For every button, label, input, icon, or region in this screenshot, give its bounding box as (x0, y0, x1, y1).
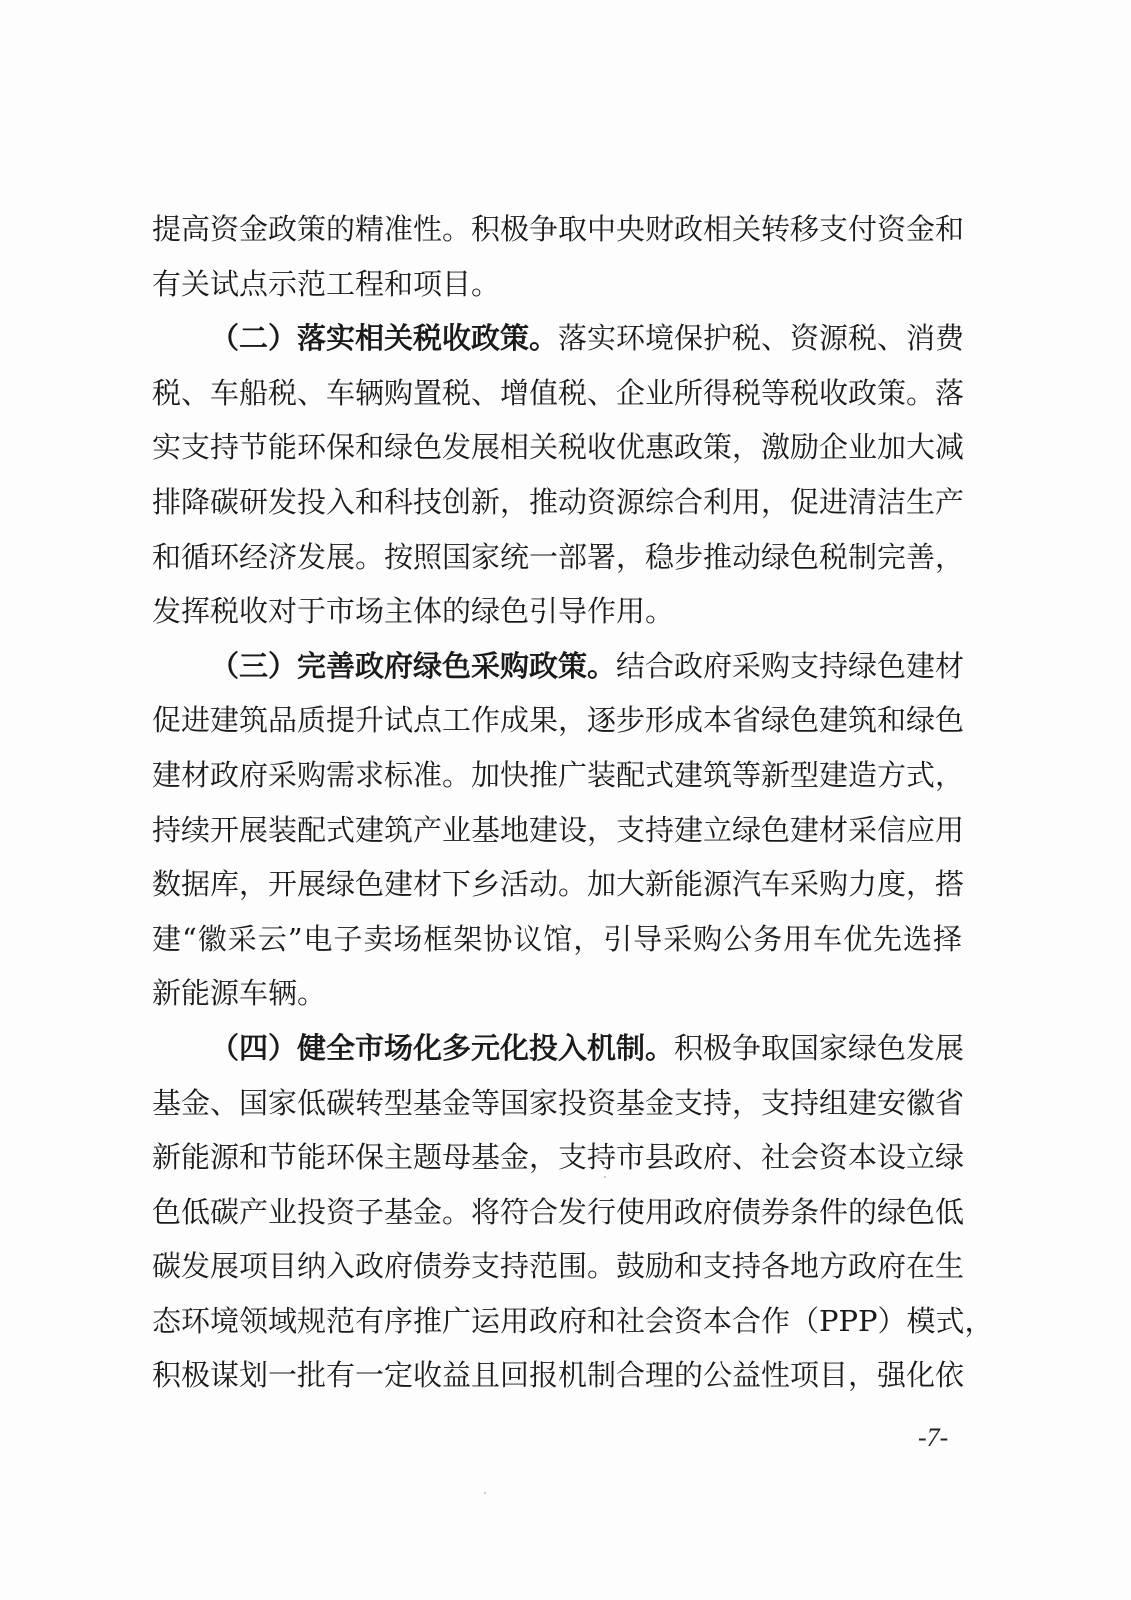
section-heading: （二）落实相关税收政策。 (210, 321, 558, 355)
page-number: -7- (918, 1423, 948, 1453)
text-line: 排降碳研发投入和科技创新，推动资源综合利用，促进清洁生产 (152, 475, 962, 530)
section-heading: （四）健全市场化多元化投入机制。 (210, 1031, 674, 1065)
text-line: 持续开展装配式建筑产业基地建设，支持建立绿色建材采信应用 (152, 803, 962, 858)
text-line: 色低碳产业投资子基金。将符合发行使用政府债券条件的绿色低 (152, 1185, 962, 1240)
text-line: 税、车船税、车辆购置税、增值税、企业所得税等税收政策。落 (152, 366, 962, 421)
text-line: 实支持节能环保和绿色发展相关税收优惠政策，激励企业加大减 (152, 420, 962, 475)
section-heading-line: （二）落实相关税收政策。落实环境保护税、资源税、消费 (152, 311, 962, 366)
document-body: 提高资金政策的精准性。积极争取中央财政相关转移支付资金和 有关试点示范工程和项目… (152, 202, 962, 1403)
text-line: 态环境领域规范有序推广运用政府和社会资本合作（PPP）模式， (152, 1294, 962, 1349)
text-span: 落实环境保护税、资源税、消费 (558, 321, 964, 355)
text-line: 新能源和节能环保主题母基金，支持市县政府、社会资本设立绿 (152, 1130, 962, 1185)
text-line: 碳发展项目纳入政府债券支持范围。鼓励和支持各地方政府在生 (152, 1239, 962, 1294)
text-line: 建“徽采云”电子卖场框架协议馆，引导采购公务用车优先选择 (152, 912, 962, 967)
text-line: 数据库，开展绿色建材下乡活动。加大新能源汽车采购力度，搭 (152, 857, 962, 912)
section-heading: （三）完善政府绿色采购政策。 (210, 649, 616, 683)
scan-speck (604, 1176, 606, 1178)
text-line: 和循环经济发展。按照国家统一部署，稳步推动绿色税制完善， (152, 530, 962, 585)
text-line: 发挥税收对于市场主体的绿色引导作用。 (152, 584, 962, 639)
text-line: 有关试点示范工程和项目。 (152, 257, 962, 312)
section-heading-line: （四）健全市场化多元化投入机制。积极争取国家绿色发展 (152, 1021, 962, 1076)
text-span: 结合政府采购支持绿色建材 (616, 649, 964, 683)
text-line: 建材政府采购需求标准。加快推广装配式建筑等新型建造方式， (152, 748, 962, 803)
text-line: 新能源车辆。 (152, 966, 962, 1021)
text-line: 积极谋划一批有一定收益且回报机制合理的公益性项目，强化依 (152, 1348, 962, 1403)
text-line: 基金、国家低碳转型基金等国家投资基金支持，支持组建安徽省 (152, 1076, 962, 1131)
text-line: 提高资金政策的精准性。积极争取中央财政相关转移支付资金和 (152, 202, 962, 257)
text-line: 促进建筑品质提升试点工作成果，逐步形成本省绿色建筑和绿色 (152, 693, 962, 748)
section-heading-line: （三）完善政府绿色采购政策。结合政府采购支持绿色建材 (152, 639, 962, 694)
scan-speck (484, 1492, 486, 1494)
text-span: 积极争取国家绿色发展 (674, 1031, 964, 1065)
document-page: 提高资金政策的精准性。积极争取中央财政相关转移支付资金和 有关试点示范工程和项目… (0, 0, 1131, 1600)
